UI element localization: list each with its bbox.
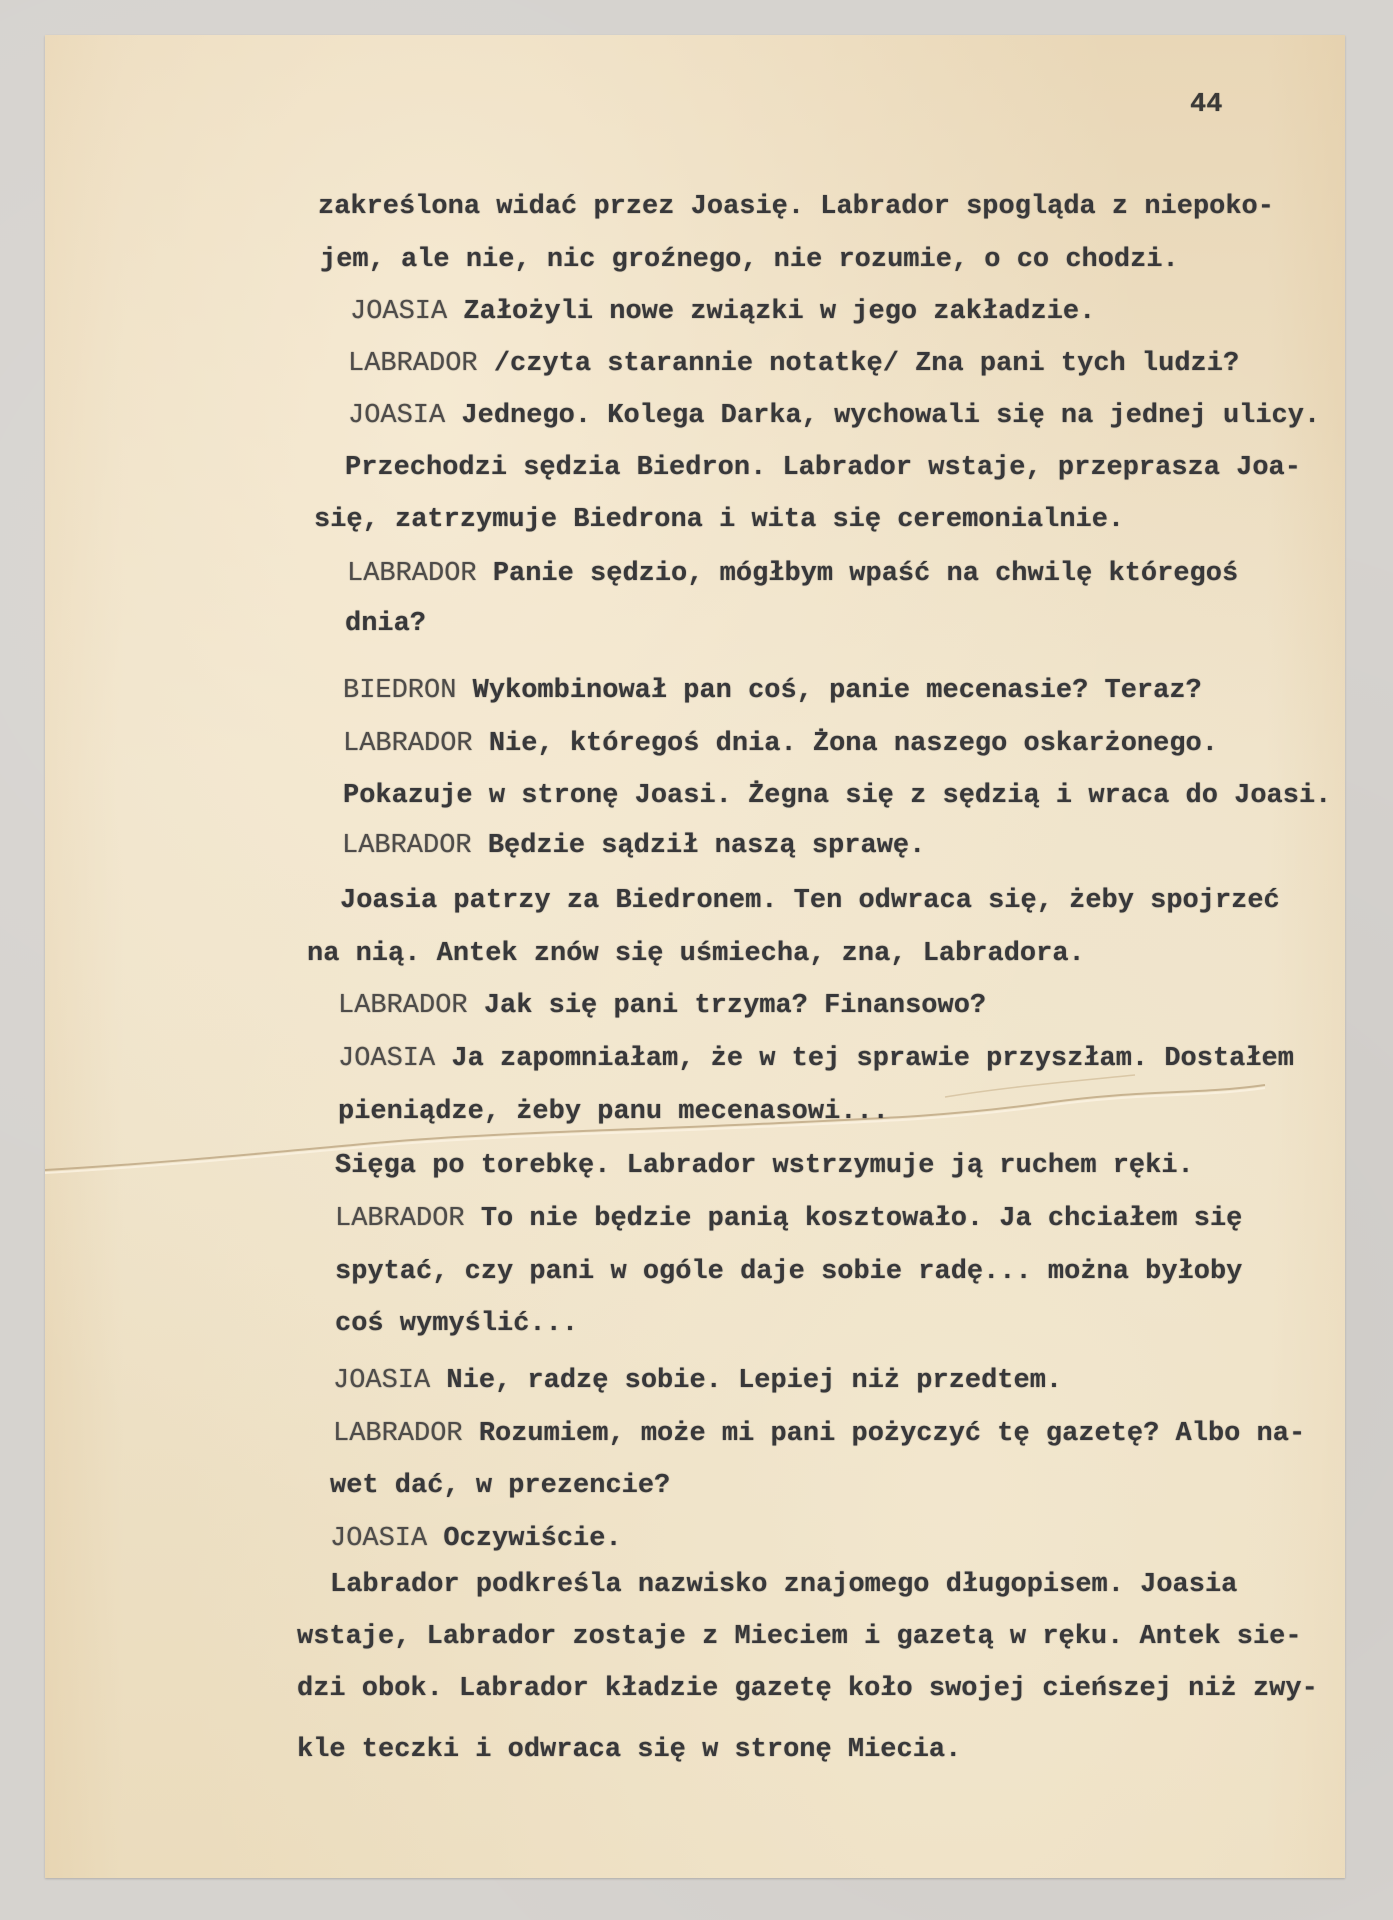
line-text: dzi obok. Labrador kładzie gazetę koło s… (297, 1674, 1318, 1704)
line-text: dnia? (345, 609, 426, 639)
line-text: spytać, czy pani w ogóle daje sobie radę… (335, 1257, 1242, 1287)
line-text: Labrador podkreśla nazwisko znajomego dł… (330, 1570, 1237, 1600)
line-text: wstaje, Labrador zostaje z Mieciem i gaz… (297, 1622, 1302, 1652)
line-text: Ja zapomniałam, że w tej sprawie przyszł… (435, 1044, 1294, 1074)
speaker-name: LABRADOR (342, 831, 472, 861)
dialogue-line: JOASIA Oczywiście. (330, 1523, 622, 1555)
speaker-name: JOASIA (333, 1366, 430, 1396)
speaker-name: JOASIA (350, 297, 447, 327)
line-text: Sięga po torebkę. Labrador wstrzymuje ją… (335, 1151, 1194, 1181)
stage-direction-line: zakreślona widać przez Joasię. Labrador … (318, 191, 1274, 223)
dialogue-line: LABRADOR Rozumiem, może mi pani pożyczyć… (333, 1418, 1305, 1450)
line-text: Nie, któregoś dnia. Żona naszego oskarżo… (473, 729, 1218, 759)
dialogue-line: LABRADOR /czyta starannie notatkę/ Zna p… (348, 348, 1239, 380)
dialogue-line: LABRADOR Nie, któregoś dnia. Żona naszeg… (343, 728, 1218, 760)
speaker-name: LABRADOR (348, 349, 478, 379)
dialogue-line: LABRADOR Jak się pani trzyma? Finansowo? (338, 990, 986, 1022)
stage-direction-line: pieniądze, żeby panu mecenasowi... (338, 1096, 889, 1128)
stage-direction-line: wet dać, w prezencie? (330, 1470, 670, 1502)
line-text: wet dać, w prezencie? (330, 1471, 670, 1501)
stage-direction-line: coś wymyślić... (335, 1308, 578, 1340)
dialogue-line: JOASIA Jednego. Kolega Darka, wychowali … (348, 400, 1320, 432)
line-text: jem, ale nie, nic groźnego, nie rozumie,… (320, 245, 1179, 275)
line-text: Rozumiem, może mi pani pożyczyć tę gazet… (463, 1419, 1306, 1449)
speaker-name: BIEDRON (343, 676, 456, 706)
page-number: 44 (1190, 90, 1222, 120)
line-text: zakreślona widać przez Joasię. Labrador … (318, 192, 1274, 222)
line-text: Wykombinował pan coś, panie mecenasie? T… (456, 676, 1201, 706)
stage-direction-line: na nią. Antek znów się uśmiecha, zna, La… (307, 938, 1085, 970)
line-text: pieniądze, żeby panu mecenasowi... (338, 1097, 889, 1127)
line-text: się, zatrzymuje Biedrona i wita się cere… (314, 505, 1124, 535)
speaker-name: LABRADOR (335, 1204, 465, 1234)
speaker-name: LABRADOR (338, 991, 468, 1021)
line-text: Oczywiście. (427, 1524, 621, 1554)
line-text: /czyta starannie notatkę/ Zna pani tych … (478, 349, 1240, 379)
line-text: na nią. Antek znów się uśmiecha, zna, La… (307, 939, 1085, 969)
dialogue-line: JOASIA Ja zapomniałam, że w tej sprawie … (338, 1043, 1294, 1075)
line-text: coś wymyślić... (335, 1309, 578, 1339)
line-text: Jednego. Kolega Darka, wychowali się na … (445, 401, 1320, 431)
dialogue-line: LABRADOR Będzie sądził naszą sprawę. (342, 830, 925, 862)
line-text: Przechodzi sędzia Biedron. Labrador wsta… (345, 453, 1301, 483)
stage-direction-line: jem, ale nie, nic groźnego, nie rozumie,… (320, 244, 1179, 276)
dialogue-line: JOASIA Nie, radzę sobie. Lepiej niż prze… (333, 1365, 1062, 1397)
stage-direction-line: Sięga po torebkę. Labrador wstrzymuje ją… (335, 1150, 1194, 1182)
speaker-name: JOASIA (338, 1044, 435, 1074)
line-text: Założyli nowe związki w jego zakładzie. (447, 297, 1095, 327)
stage-direction-line: Przechodzi sędzia Biedron. Labrador wsta… (345, 452, 1301, 484)
dialogue-line: LABRADOR Panie sędzio, mógłbym wpaść na … (347, 558, 1238, 590)
stage-direction-line: Joasia patrzy za Biedronem. Ten odwraca … (340, 885, 1280, 917)
stage-direction-line: kle teczki i odwraca się w stronę Miecia… (297, 1734, 961, 1766)
stage-direction-line: Pokazuje w stronę Joasi. Żegna się z sęd… (343, 780, 1331, 812)
stage-direction-line: dnia? (345, 608, 426, 640)
line-text: Panie sędzio, mógłbym wpaść na chwilę kt… (477, 559, 1239, 589)
line-text: Pokazuje w stronę Joasi. Żegna się z sęd… (343, 781, 1331, 811)
dialogue-line: BIEDRON Wykombinował pan coś, panie mece… (343, 675, 1202, 707)
line-text: To nie będzie panią kosztowało. Ja chcia… (465, 1204, 1243, 1234)
speaker-name: LABRADOR (333, 1419, 463, 1449)
stage-direction-line: spytać, czy pani w ogóle daje sobie radę… (335, 1256, 1242, 1288)
dialogue-line: JOASIA Założyli nowe związki w jego zakł… (350, 296, 1095, 328)
stage-direction-line: się, zatrzymuje Biedrona i wita się cere… (314, 504, 1124, 536)
speaker-name: JOASIA (348, 401, 445, 431)
line-text: Nie, radzę sobie. Lepiej niż przedtem. (430, 1366, 1062, 1396)
speaker-name: LABRADOR (343, 729, 473, 759)
line-text: Joasia patrzy za Biedronem. Ten odwraca … (340, 886, 1280, 916)
speaker-name: LABRADOR (347, 559, 477, 589)
line-text: Jak się pani trzyma? Finansowo? (468, 991, 986, 1021)
stage-direction-line: Labrador podkreśla nazwisko znajomego dł… (330, 1569, 1237, 1601)
line-text: kle teczki i odwraca się w stronę Miecia… (297, 1735, 961, 1765)
line-text: Będzie sądził naszą sprawę. (472, 831, 926, 861)
dialogue-line: LABRADOR To nie będzie panią kosztowało.… (335, 1203, 1242, 1235)
stage-direction-line: dzi obok. Labrador kładzie gazetę koło s… (297, 1673, 1318, 1705)
speaker-name: JOASIA (330, 1524, 427, 1554)
stage-direction-line: wstaje, Labrador zostaje z Mieciem i gaz… (297, 1621, 1302, 1653)
typewritten-page: zakreślona widać przez Joasię. Labrador … (45, 35, 1345, 1878)
